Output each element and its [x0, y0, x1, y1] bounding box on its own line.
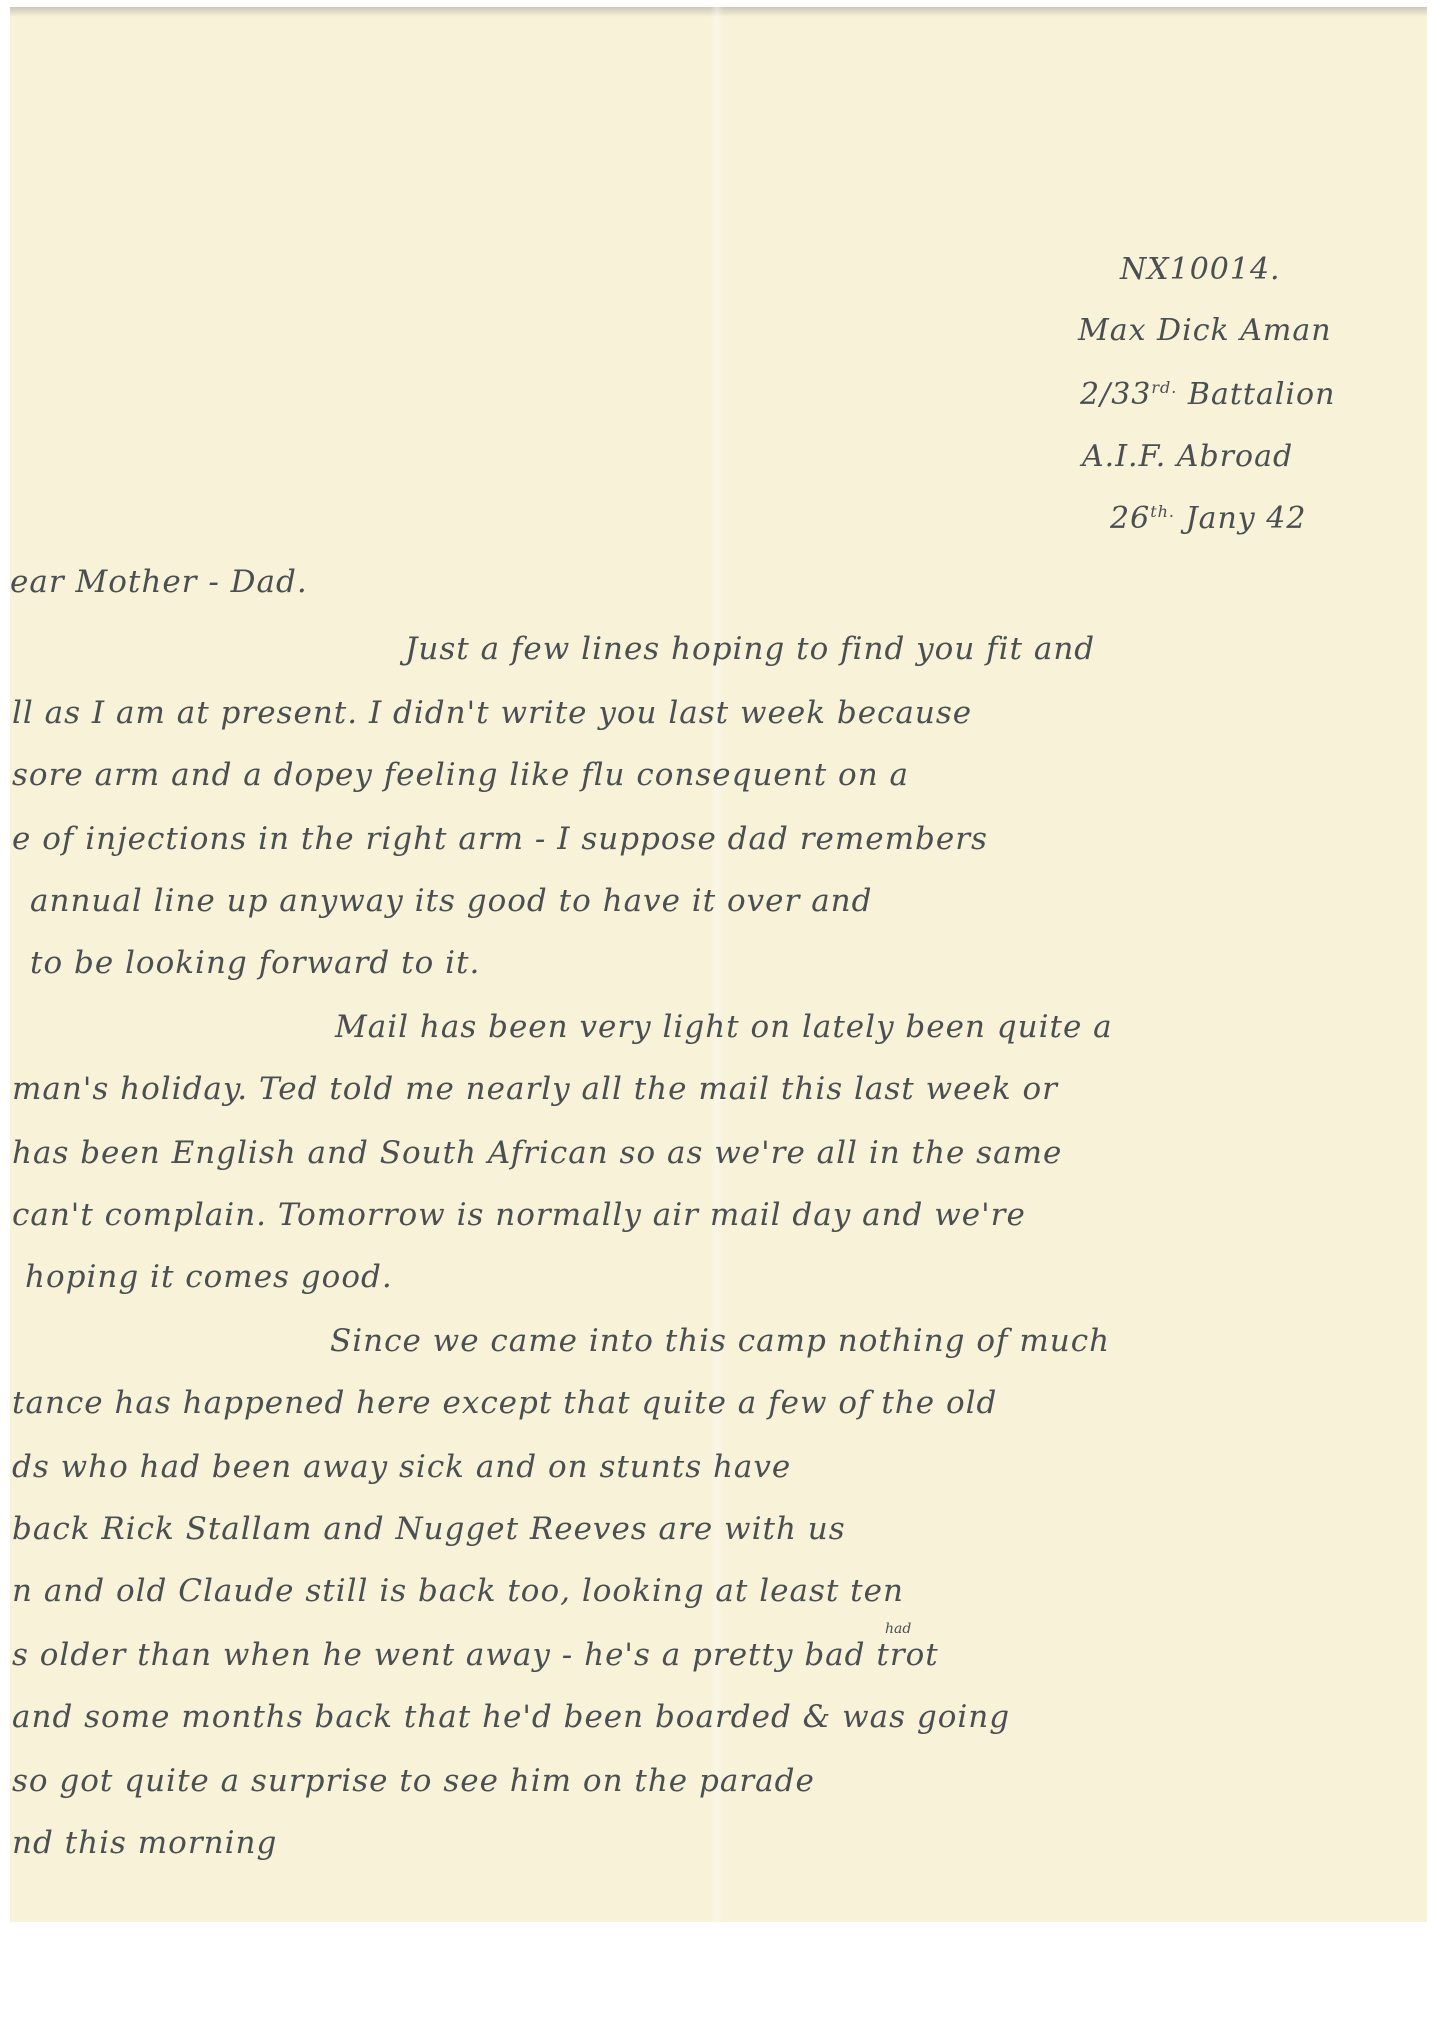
- letter-page: NX10014. Max Dick Aman 2/33rd. Battalion…: [10, 7, 1427, 1922]
- unit-suffix: rd.: [1151, 378, 1177, 397]
- letter-line: and some months back that he'd been boar…: [12, 1699, 1010, 1735]
- letter-line: hoping it comes good.: [25, 1259, 393, 1295]
- paper-fold: [710, 7, 724, 1922]
- letter-line: man's holiday. Ted told me nearly all th…: [12, 1071, 1058, 1107]
- inserted-word: had: [885, 1621, 911, 1637]
- letter-line: annual line up anyway its good to have i…: [30, 883, 872, 919]
- letter-line: e of injections in the right arm - I sup…: [12, 821, 988, 857]
- unit-name: Battalion: [1188, 377, 1336, 412]
- force: A.I.F. Abroad: [1082, 439, 1293, 474]
- letter-line: so got quite a surprise to see him on th…: [12, 1763, 815, 1799]
- letter-line: back Rick Stallam and Nugget Reeves are …: [12, 1511, 846, 1547]
- letter-line: has been English and South African so as…: [12, 1135, 1062, 1171]
- letter-line: Mail has been very light on lately been …: [335, 1009, 1113, 1045]
- date-suffix: th.: [1150, 502, 1175, 521]
- sender-name: Max Dick Aman: [1078, 313, 1332, 348]
- letter-line: sore arm and a dopey feeling like flu co…: [12, 757, 909, 793]
- letter-line: can't complain. Tomorrow is normally air…: [12, 1197, 1026, 1233]
- salutation: ear Mother - Dad.: [10, 564, 308, 600]
- letter-line: to be looking forward to it.: [30, 945, 480, 981]
- letter-line: s older than when he went away - he's a …: [12, 1637, 939, 1673]
- letter-line: ds who had been away sick and on stunts …: [12, 1449, 791, 1485]
- service-number: NX10014.: [1120, 252, 1281, 287]
- letter-line: ll as I am at present. I didn't write yo…: [12, 695, 972, 731]
- unit-number: 2/33: [1080, 377, 1151, 412]
- unit: 2/33rd. Battalion: [1080, 377, 1335, 412]
- letter-line: Just a few lines hoping to find you fit …: [405, 631, 1095, 667]
- letter-date: 26th. Jany 42: [1110, 501, 1306, 536]
- date-day: 26: [1110, 501, 1150, 536]
- date-rest: Jany 42: [1186, 501, 1307, 536]
- letter-line: tance has happened here except that quit…: [12, 1385, 997, 1421]
- letter-line: nd this morning: [12, 1825, 277, 1861]
- letter-line: Since we came into this camp nothing of …: [330, 1323, 1110, 1359]
- letter-line: n and old Claude still is back too, look…: [12, 1573, 904, 1609]
